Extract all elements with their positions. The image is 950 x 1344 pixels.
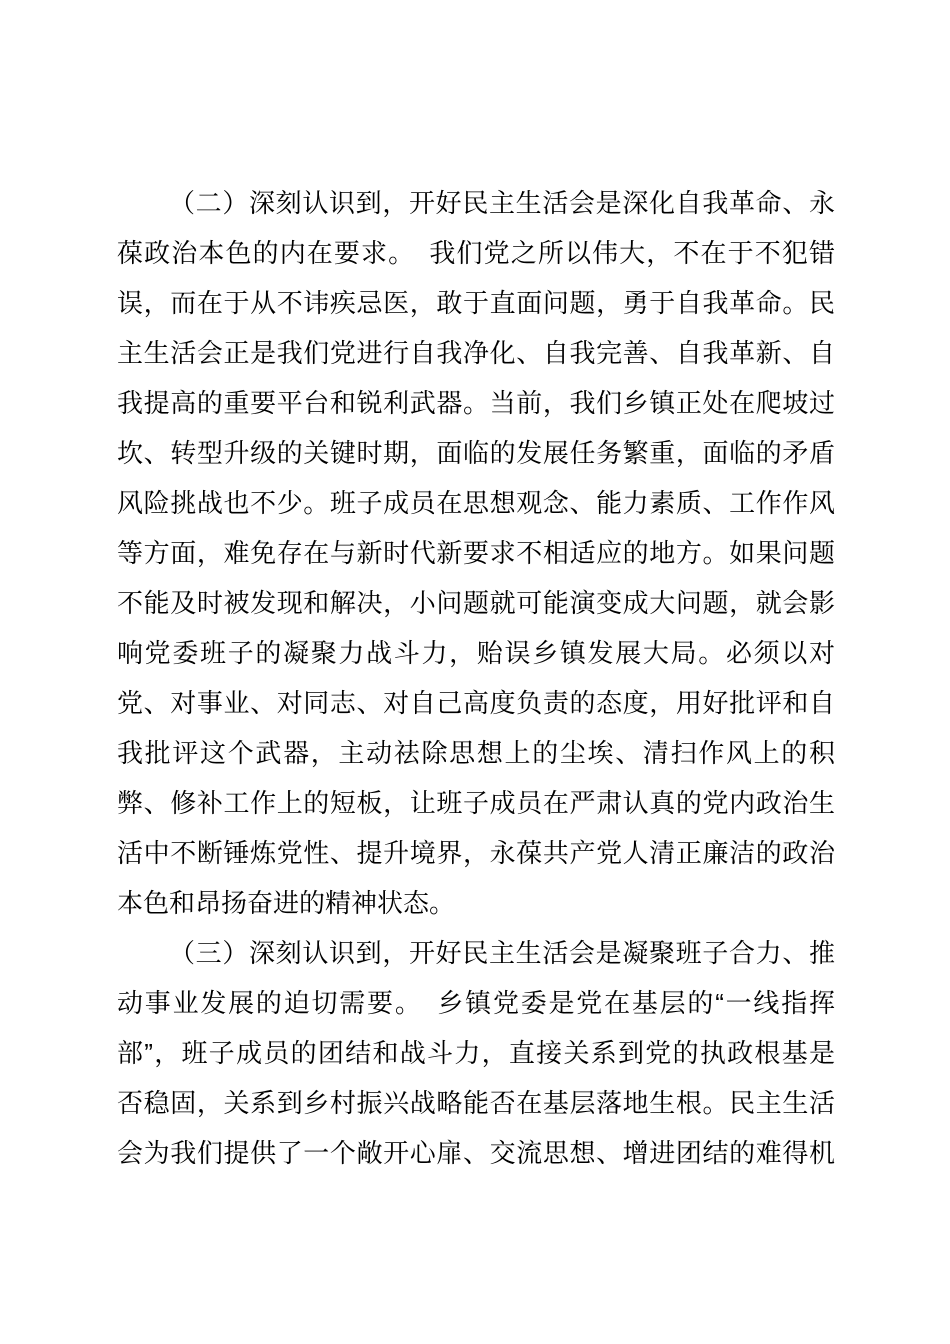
text-line: 弊、修补工作上的短板，让班子成员在严肃认真的党内政治生: [117, 778, 835, 828]
text-line: （二）深刻认识到，开好民主生活会是深化自我革命、永: [117, 178, 835, 228]
paragraph-section-3: （三）深刻认识到，开好民主生活会是凝聚班子合力、推动事业发展的迫切需要。 乡镇党…: [117, 928, 835, 1178]
text-line: 不能及时被发现和解决，小问题就可能演变成大问题，就会影: [117, 578, 835, 628]
text-line: 我提高的重要平台和锐利武器。当前，我们乡镇正处在爬坡过: [117, 378, 835, 428]
text-line: 坎、转型升级的关键时期，面临的发展任务繁重，面临的矛盾: [117, 428, 835, 478]
text-line: 部”，班子成员的团结和战斗力，直接关系到党的执政根基是: [117, 1028, 835, 1078]
paragraph-section-2: （二）深刻认识到，开好民主生活会是深化自我革命、永葆政治本色的内在要求。 我们党…: [117, 178, 835, 928]
document-page: （二）深刻认识到，开好民主生活会是深化自我革命、永葆政治本色的内在要求。 我们党…: [0, 0, 950, 1344]
text-line: 等方面，难免存在与新时代新要求不相适应的地方。如果问题: [117, 528, 835, 578]
text-line: 否稳固，关系到乡村振兴战略能否在基层落地生根。民主生活: [117, 1078, 835, 1128]
text-line: 活中不断锤炼党性、提升境界，永葆共产党人清正廉洁的政治: [117, 828, 835, 878]
text-line: 我批评这个武器，主动祛除思想上的尘埃、清扫作风上的积: [117, 728, 835, 778]
text-line: 主生活会正是我们党进行自我净化、自我完善、自我革新、自: [117, 328, 835, 378]
text-line: 本色和昂扬奋进的精神状态。: [117, 878, 835, 928]
text-line: （三）深刻认识到，开好民主生活会是凝聚班子合力、推: [117, 928, 835, 978]
document-content: （二）深刻认识到，开好民主生活会是深化自我革命、永葆政治本色的内在要求。 我们党…: [117, 178, 835, 1178]
text-line: 动事业发展的迫切需要。 乡镇党委是党在基层的“一线指挥: [117, 978, 835, 1028]
text-line: 风险挑战也不少。班子成员在思想观念、能力素质、工作作风: [117, 478, 835, 528]
text-line: 党、对事业、对同志、对自己高度负责的态度，用好批评和自: [117, 678, 835, 728]
text-line: 葆政治本色的内在要求。 我们党之所以伟大，不在于不犯错: [117, 228, 835, 278]
text-line: 误，而在于从不讳疾忌医，敢于直面问题，勇于自我革命。民: [117, 278, 835, 328]
text-line: 会为我们提供了一个敞开心扉、交流思想、增进团结的难得机: [117, 1128, 835, 1178]
text-line: 响党委班子的凝聚力战斗力，贻误乡镇发展大局。必须以对: [117, 628, 835, 678]
